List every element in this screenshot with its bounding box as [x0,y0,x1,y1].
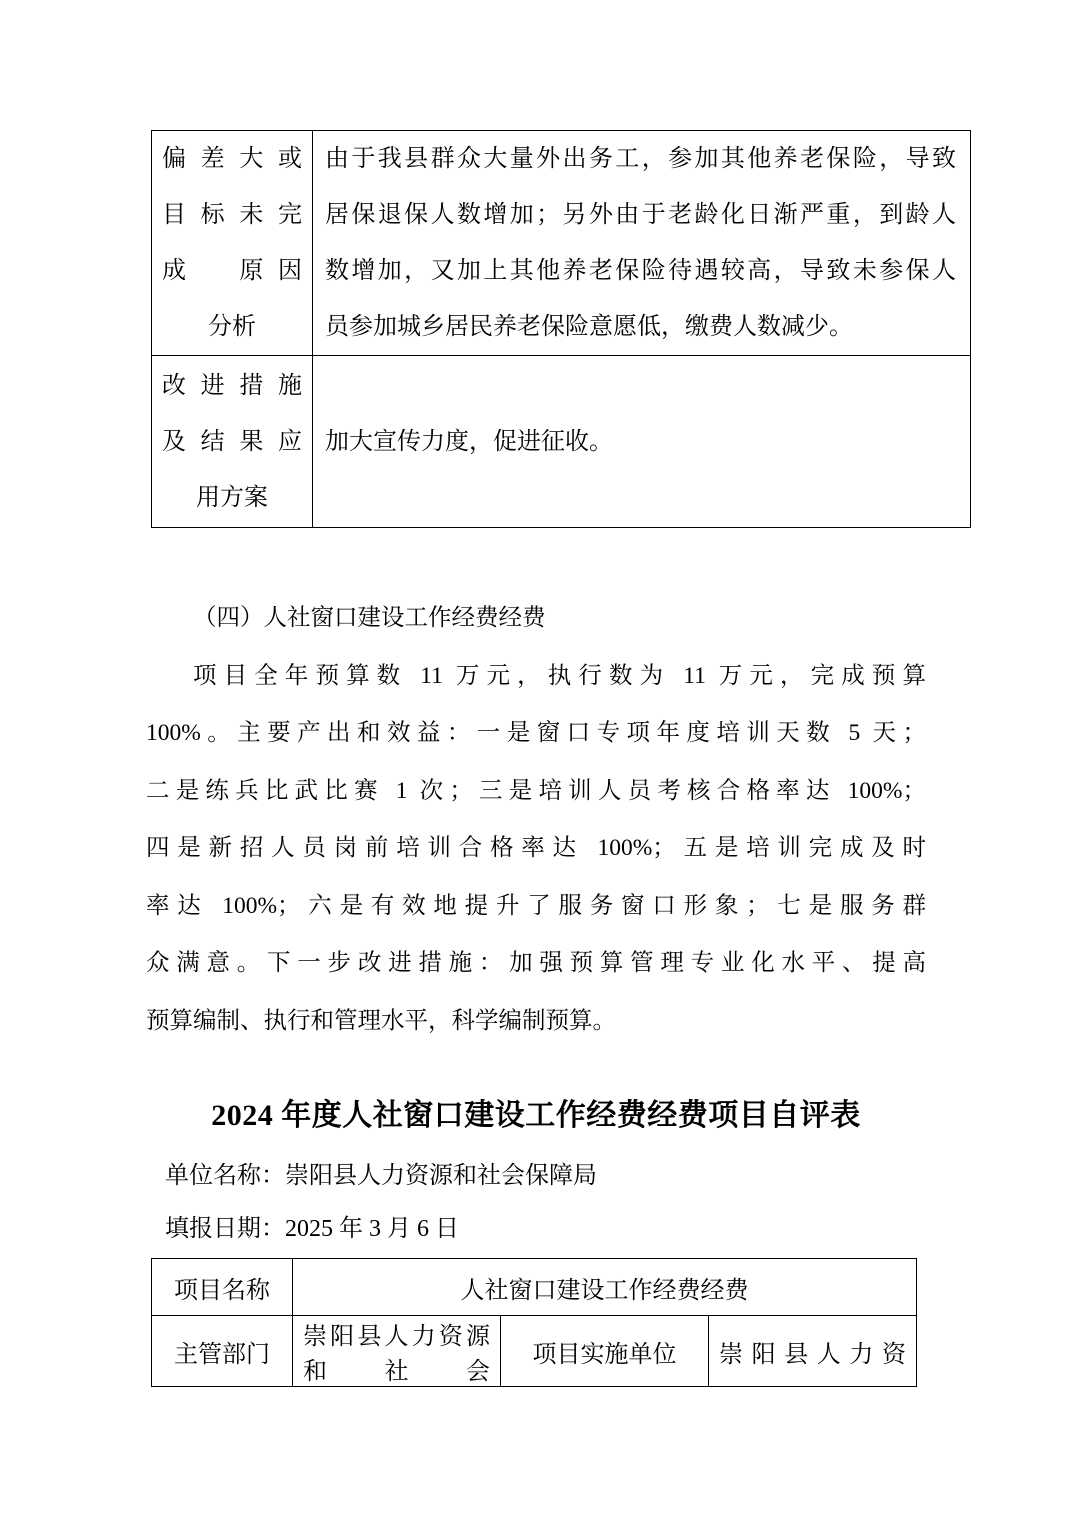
paragraph-line: 四是新招人员岗前培训合格率达 100%；五是培训完成及时 [146,820,926,878]
paragraph-line: 二是练兵比武比赛 1 次；三是培训人员考核合格率达 100%； [146,763,926,821]
paragraph-line: 项目全年预算数 11 万元，执行数为 11 万元，完成预算 [146,648,926,706]
deviation-content-line: 由于我县群众大量外出务工，参加其他养老保险，导致 [325,131,956,187]
deviation-header-line: 成 原因 [162,243,302,299]
project-name-row: 项目名称 人社窗口建设工作经费经费 [152,1259,917,1316]
paragraph-line: 预算编制、执行和管理水平，科学编制预算。 [146,993,926,1051]
deviation-header-line: 目标未完 [162,187,302,243]
deviation-content-line: 员参加城乡居民养老保险意愿低，缴费人数减少。 [325,299,956,355]
dept-label-cell: 主管部门 [152,1316,293,1387]
project-table: 项目名称 人社窗口建设工作经费经费 主管部门 崇阳县人力资源和社会 项目实施单位… [151,1258,917,1387]
project-name-label-cell: 项目名称 [152,1259,293,1316]
project-name-value-cell: 人社窗口建设工作经费经费 [293,1259,917,1316]
impl-unit-label-cell: 项目实施单位 [501,1316,709,1387]
analysis-row-improvement: 改进措施 及结果应 用方案 加大宣传力度，促进征收。 [152,356,971,528]
paragraph-line: 100%。主要产出和效益：一是窗口专项年度培训天数 5 天； [146,705,926,763]
deviation-header-cell: 偏差大或 目标未完 成 原因 分析 [152,131,313,356]
unit-name-line: 单位名称：崇阳县人力资源和社会保障局 [165,1160,1074,1192]
paragraph-line: 众满意。下一步改进措施：加强预算管理专业化水平、提高 [146,935,926,993]
improvement-header-cell: 改进措施 及结果应 用方案 [152,356,313,528]
deviation-content-line: 数增加，又加上其他养老保险待遇较高，导致未参保人 [325,243,956,299]
deviation-header-line: 偏差大或 [162,131,302,187]
improvement-header-line: 及结果应 [162,414,302,470]
section-heading: （四）人社窗口建设工作经费经费 [146,590,926,648]
project-dept-row: 主管部门 崇阳县人力资源和社会 项目实施单位 崇阳县人力资 [152,1316,917,1387]
dept-value-cell: 崇阳县人力资源和社会 [293,1316,501,1387]
impl-unit-value-cell: 崇阳县人力资 [709,1316,917,1387]
analysis-table: 偏差大或 目标未完 成 原因 分析 由于我县群众大量外出务工，参加其他养老保险，… [151,130,971,528]
section-4: （四）人社窗口建设工作经费经费 项目全年预算数 11 万元，执行数为 11 万元… [146,590,926,1050]
selfeval-form-title: 2024 年度人社窗口建设工作经费经费项目自评表 [146,1095,926,1137]
improvement-content-line: 加大宣传力度，促进征收。 [325,414,956,470]
document-page: 偏差大或 目标未完 成 原因 分析 由于我县群众大量外出务工，参加其他养老保险，… [0,0,1074,1520]
paragraph-line: 率达 100%；六是有效地提升了服务窗口形象；七是服务群 [146,878,926,936]
report-date-line: 填报日期：2025 年 3 月 6 日 [165,1213,1074,1245]
improvement-header-line: 用方案 [162,470,302,526]
improvement-content-cell: 加大宣传力度，促进征收。 [313,356,971,528]
deviation-content-line: 居保退保人数增加；另外由于老龄化日渐严重，到龄人 [325,187,956,243]
improvement-header-line: 改进措施 [162,358,302,414]
deviation-header-line: 分析 [162,299,302,355]
analysis-row-deviation: 偏差大或 目标未完 成 原因 分析 由于我县群众大量外出务工，参加其他养老保险，… [152,131,971,356]
deviation-content-cell: 由于我县群众大量外出务工，参加其他养老保险，导致 居保退保人数增加；另外由于老龄… [313,131,971,356]
